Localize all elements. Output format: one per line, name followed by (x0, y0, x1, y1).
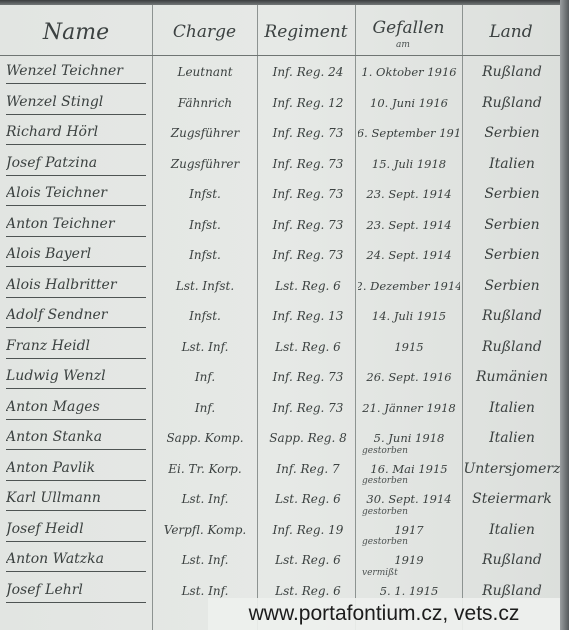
death-note: vermißt (362, 568, 398, 578)
header-name: Name (0, 14, 152, 50)
country: Steiermark (464, 484, 560, 514)
header-land: Land (462, 14, 560, 50)
regiment: Inf. Reg. 24 (262, 57, 354, 87)
rank: Lst. Inf. (155, 332, 255, 362)
table-row: Josef PatzinaZugsführerInf. Reg. 7315. J… (0, 149, 560, 179)
person-name: Wenzel Stingl (6, 90, 146, 115)
death-note: gestorben (362, 476, 408, 486)
rank: Infst. (155, 210, 255, 240)
country: Rußland (464, 332, 560, 362)
table-row: Anton TeichnerInfst.Inf. Reg. 7323. Sept… (0, 210, 560, 240)
table-row: Anton MagesInf.Inf. Reg. 7321. Jänner 19… (0, 393, 560, 423)
regiment: Sapp. Reg. 8 (262, 423, 354, 453)
rank: Verpfl. Komp. (155, 515, 255, 545)
regiment: Inf. Reg. 7 (262, 454, 354, 484)
regiment: Inf. Reg. 73 (262, 362, 354, 392)
country: Serbien (464, 118, 560, 148)
rank: Lst. Inf. (155, 484, 255, 514)
table-row: Alois TeichnerInfst.Inf. Reg. 7323. Sept… (0, 179, 560, 209)
date-of-death: 1915 (358, 332, 460, 362)
date-of-death: 24. Sept. 1914 (358, 240, 460, 270)
person-name: Anton Mages (6, 395, 146, 420)
table-row: Adolf SendnerInfst.Inf. Reg. 1314. Juli … (0, 301, 560, 331)
country: Italien (464, 393, 560, 423)
death-note: gestorben (362, 446, 408, 456)
regiment: Inf. Reg. 73 (262, 149, 354, 179)
person-name: Karl Ullmann (6, 486, 146, 511)
date-of-death: 23. Sept. 1914 (358, 179, 460, 209)
country: Rußland (464, 88, 560, 118)
country: Serbien (464, 240, 560, 270)
regiment: Inf. Reg. 73 (262, 393, 354, 423)
table-row: Ludwig WenzlInf.Inf. Reg. 7326. Sept. 19… (0, 362, 560, 392)
header-died-sub: am (396, 40, 410, 50)
header-rule (0, 55, 560, 56)
death-note: gestorben (362, 507, 408, 517)
table-row: Wenzel TeichnerLeutnantInf. Reg. 241. Ok… (0, 57, 560, 87)
table-row: Wenzel StinglFähnrichInf. Reg. 1210. Jun… (0, 88, 560, 118)
regiment: Inf. Reg. 12 (262, 88, 354, 118)
table-row: Karl UllmannLst. Inf.Lst. Reg. 630. Sept… (0, 484, 560, 514)
person-name: Anton Watzka (6, 547, 146, 572)
rank: Zugsführer (155, 118, 255, 148)
person-name: Anton Teichner (6, 212, 146, 237)
country: Rußland (464, 545, 560, 575)
date-of-death: 2. Dezember 1914 (358, 271, 460, 301)
date-of-death: 15. Juli 1918 (358, 149, 460, 179)
country: Italien (464, 515, 560, 545)
regiment: Inf. Reg. 73 (262, 118, 354, 148)
header-regiment: Regiment (257, 14, 355, 50)
regiment: Inf. Reg. 73 (262, 240, 354, 270)
date-of-death: 14. Juli 1915 (358, 301, 460, 331)
table-row: Richard HörlZugsführerInf. Reg. 7326. Se… (0, 118, 560, 148)
person-name: Franz Heidl (6, 334, 146, 359)
rank: Fähnrich (155, 88, 255, 118)
header-charge: Charge (152, 14, 257, 50)
rank: Sapp. Komp. (155, 423, 255, 453)
date-of-death: 26. Sept. 1916 (358, 362, 460, 392)
rank: Inf. (155, 393, 255, 423)
rank: Ei. Tr. Korp. (155, 454, 255, 484)
country: Italien (464, 423, 560, 453)
table-row: Anton PavlikEi. Tr. Korp.Inf. Reg. 716. … (0, 454, 560, 484)
regiment: Lst. Reg. 6 (262, 545, 354, 575)
rank: Infst. (155, 240, 255, 270)
person-name: Alois Halbritter (6, 273, 146, 298)
person-name: Josef Patzina (6, 151, 146, 176)
regiment: Inf. Reg. 73 (262, 179, 354, 209)
rank: Inf. (155, 362, 255, 392)
person-name: Josef Heidl (6, 517, 146, 542)
person-name: Alois Bayerl (6, 242, 146, 267)
regiment: Lst. Reg. 6 (262, 484, 354, 514)
regiment: Lst. Reg. 6 (262, 271, 354, 301)
person-name: Anton Stanka (6, 425, 146, 450)
table-row: Alois BayerlInfst.Inf. Reg. 7324. Sept. … (0, 240, 560, 270)
country: Serbien (464, 271, 560, 301)
person-name: Alois Teichner (6, 181, 146, 206)
date-of-death: 23. Sept. 1914 (358, 210, 460, 240)
rank: Lst. Inf. (155, 545, 255, 575)
date-of-death: 10. Juni 1916 (358, 88, 460, 118)
table-row: Alois HalbritterLst. Infst.Lst. Reg. 62.… (0, 271, 560, 301)
country: Italien (464, 149, 560, 179)
country: Rußland (464, 57, 560, 87)
death-note: gestorben (362, 537, 408, 547)
rank: Zugsführer (155, 149, 255, 179)
rank: Leutnant (155, 57, 255, 87)
country: Rumänien (464, 362, 560, 392)
page-edge (560, 0, 569, 630)
regiment: Lst. Reg. 6 (262, 332, 354, 362)
country: Rußland (464, 301, 560, 331)
date-of-death: 26. September 1914 (358, 118, 460, 148)
table-row: Franz HeidlLst. Inf.Lst. Reg. 61915Rußla… (0, 332, 560, 362)
country: Serbien (464, 210, 560, 240)
table-row: Anton StankaSapp. Komp.Sapp. Reg. 85. Ju… (0, 423, 560, 453)
table-row: Josef HeidlVerpfl. Komp.Inf. Reg. 191917… (0, 515, 560, 545)
date-of-death: 1. Oktober 1916 (358, 57, 460, 87)
country: Serbien (464, 179, 560, 209)
date-of-death: 21. Jänner 1918 (358, 393, 460, 423)
watermark: www.portafontium.cz, vets.cz (208, 598, 560, 630)
rank: Infst. (155, 179, 255, 209)
person-name: Wenzel Teichner (6, 59, 146, 84)
regiment: Inf. Reg. 13 (262, 301, 354, 331)
person-name: Anton Pavlik (6, 456, 146, 481)
country: Untersjomerz (464, 454, 560, 484)
person-name: Adolf Sendner (6, 303, 146, 328)
table-row: Anton WatzkaLst. Inf.Lst. Reg. 61919Rußl… (0, 545, 560, 575)
rank: Lst. Infst. (155, 271, 255, 301)
person-name: Josef Lehrl (6, 578, 146, 603)
regiment: Inf. Reg. 73 (262, 210, 354, 240)
person-name: Ludwig Wenzl (6, 364, 146, 389)
regiment: Inf. Reg. 19 (262, 515, 354, 545)
person-name: Richard Hörl (6, 120, 146, 145)
rank: Infst. (155, 301, 255, 331)
